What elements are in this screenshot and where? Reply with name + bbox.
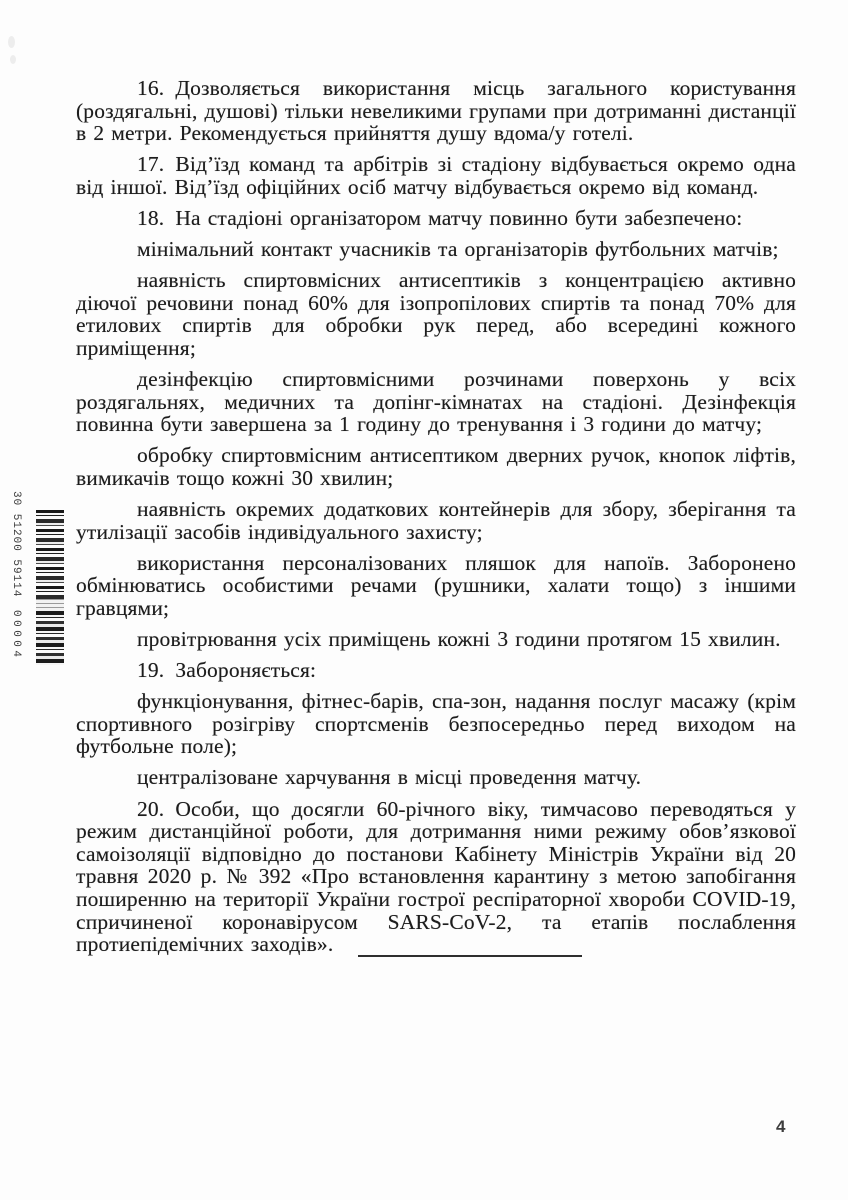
paragraph: 18.На стадіоні організатором матчу повин… (76, 207, 796, 230)
paragraph-text: провітрювання усіх приміщень кожні 3 год… (137, 627, 781, 651)
barcode-bars-lower (36, 611, 64, 665)
paragraph: централізоване харчування в місці провед… (76, 766, 796, 789)
barcode-bars-light (36, 599, 64, 611)
paragraph: використання персоналізованих пляшок для… (76, 552, 796, 620)
paragraph-text: централізоване харчування в місці провед… (137, 765, 641, 789)
paragraph-number: 17. (137, 152, 164, 176)
paragraph-text: обробку спиртовмісним антисептиком дверн… (76, 443, 796, 490)
paragraph-text: мінімальний контакт учасників та організ… (137, 237, 779, 261)
paragraph: дезінфекцію спиртовмісними розчинами пов… (76, 368, 796, 436)
scan-artifact (8, 36, 15, 48)
document-text: 16.Дозволяється використання місць загал… (76, 77, 796, 964)
paragraph-text: На стадіоні організатором матчу повинно … (175, 206, 742, 230)
barcode-number-upper: 30 51200 59114 (10, 491, 22, 597)
barcode-bars-upper (36, 510, 64, 599)
scan-artifact (10, 55, 16, 64)
page-number: 4 (776, 1117, 785, 1137)
paragraph-number: 19. (137, 658, 164, 682)
paragraph: обробку спиртовмісним антисептиком дверн… (76, 444, 796, 489)
paragraph-text: Особи, що досягли 60-річного віку, тимча… (76, 797, 796, 957)
paragraph-text: наявність спиртовмісних антисептиків з к… (76, 268, 796, 360)
paragraph-text: Забороняється: (175, 658, 316, 682)
paragraph: наявність спиртовмісних антисептиків з к… (76, 269, 796, 359)
paragraph-text: Дозволяється використання місць загально… (76, 76, 796, 145)
paragraph: 20.Особи, що досягли 60-річного віку, ти… (76, 798, 796, 956)
paragraph-number: 16. (137, 76, 164, 100)
paragraph-number: 18. (137, 206, 164, 230)
paragraph: провітрювання усіх приміщень кожні 3 год… (76, 628, 796, 651)
paragraph: мінімальний контакт учасників та організ… (76, 238, 796, 261)
paragraph-text: дезінфекцію спиртовмісними розчинами пов… (76, 367, 796, 436)
signature-line (358, 955, 582, 957)
barcode-number-lower: 00004 (10, 610, 22, 661)
barcode: 30 51200 59114 00004 (18, 486, 66, 676)
paragraph: 19.Забороняється: (76, 659, 796, 682)
paragraph: наявність окремих додаткових контейнерів… (76, 498, 796, 543)
paragraph: 16.Дозволяється використання місць загал… (76, 77, 796, 145)
paragraph-text: функціонування, фітнес-барів, спа-зон, н… (76, 689, 796, 758)
paragraph-text: використання персоналізованих пляшок для… (76, 551, 796, 620)
paragraph: функціонування, фітнес-барів, спа-зон, н… (76, 690, 796, 758)
paragraph-text: наявність окремих додаткових контейнерів… (76, 497, 796, 544)
paragraph-text: Від’їзд команд та арбітрів зі стадіону в… (76, 152, 796, 199)
paragraph-number: 20. (137, 797, 164, 821)
paragraph: 17.Від’їзд команд та арбітрів зі стадіон… (76, 153, 796, 198)
